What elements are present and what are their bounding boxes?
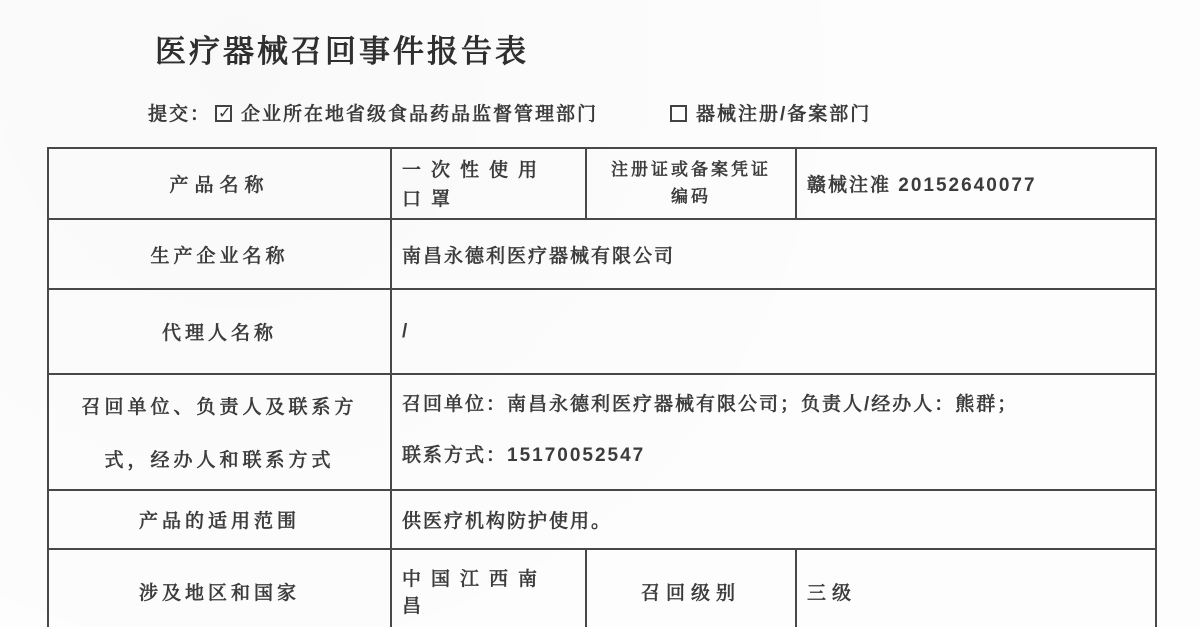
recall-contact-label-line2: 式，经办人和联系方式 bbox=[59, 445, 380, 472]
regions-value: 中国江西南昌 bbox=[391, 549, 586, 627]
recall-level-label: 召回级别 bbox=[586, 549, 796, 627]
recall-level-value: 三级 bbox=[796, 549, 1156, 627]
recall-contact-value: 召回单位：南昌永德利医疗器械有限公司；负责人/经办人：熊群； 联系方式：1517… bbox=[391, 374, 1156, 490]
table-row-recall-contact: 召回单位、负责人及联系方 式，经办人和联系方式 召回单位：南昌永德利医疗器械有限… bbox=[48, 374, 1156, 490]
registration-number-label: 注册证或备案凭证编码 bbox=[586, 148, 796, 219]
page-title: 医疗器械召回事件报告表 bbox=[155, 26, 529, 71]
recall-contact-label-line1: 召回单位、负责人及联系方 bbox=[59, 392, 380, 419]
checked-checkbox-icon: ✓ bbox=[215, 105, 232, 122]
table-row-scope-of-use: 产品的适用范围 供医疗机构防护使用。 bbox=[48, 490, 1156, 549]
agent-label: 代理人名称 bbox=[48, 289, 391, 374]
submit-line: 提交：✓企业所在地省级食品药品监督管理部门器械注册/备案部门 bbox=[148, 99, 871, 126]
submit-option-province: ✓企业所在地省级食品药品监督管理部门 bbox=[211, 104, 598, 125]
document-page: 医疗器械召回事件报告表 提交：✓企业所在地省级食品药品监督管理部门器械注册/备案… bbox=[0, 0, 1200, 627]
table-row-manufacturer: 生产企业名称 南昌永德利医疗器械有限公司 bbox=[48, 219, 1156, 289]
product-name-label: 产品名称 bbox=[48, 148, 391, 219]
check-mark-icon: ✓ bbox=[218, 103, 231, 123]
manufacturer-value: 南昌永德利医疗器械有限公司 bbox=[391, 219, 1156, 289]
recall-contact-value-line2: 联系方式：15170052547 bbox=[402, 440, 1145, 467]
scope-of-use-label: 产品的适用范围 bbox=[48, 490, 391, 549]
submit-option-registration-label: 器械注册/备案部门 bbox=[696, 104, 871, 125]
product-name-value: 一次性使用口罩 bbox=[391, 148, 586, 219]
recall-contact-value-line1: 召回单位：南昌永德利医疗器械有限公司；负责人/经办人：熊群； bbox=[402, 389, 1145, 416]
submit-label: 提交： bbox=[148, 104, 211, 125]
table-row-agent: 代理人名称 / bbox=[48, 289, 1156, 374]
submit-option-registration: 器械注册/备案部门 bbox=[666, 104, 871, 125]
scope-of-use-value: 供医疗机构防护使用。 bbox=[391, 490, 1156, 549]
submit-option-province-label: 企业所在地省级食品药品监督管理部门 bbox=[241, 104, 598, 125]
recall-report-table: 产品名称 一次性使用口罩 注册证或备案凭证编码 赣械注准 20152640077… bbox=[47, 147, 1157, 627]
table-row-regions: 涉及地区和国家 中国江西南昌 召回级别 三级 bbox=[48, 549, 1156, 627]
agent-value: / bbox=[391, 289, 1156, 374]
recall-contact-label: 召回单位、负责人及联系方 式，经办人和联系方式 bbox=[48, 374, 391, 490]
regions-label: 涉及地区和国家 bbox=[48, 549, 391, 627]
manufacturer-label: 生产企业名称 bbox=[48, 219, 391, 289]
registration-number-value: 赣械注准 20152640077 bbox=[796, 148, 1156, 219]
unchecked-checkbox-icon bbox=[670, 105, 687, 122]
table-row-product-name: 产品名称 一次性使用口罩 注册证或备案凭证编码 赣械注准 20152640077 bbox=[48, 148, 1156, 219]
